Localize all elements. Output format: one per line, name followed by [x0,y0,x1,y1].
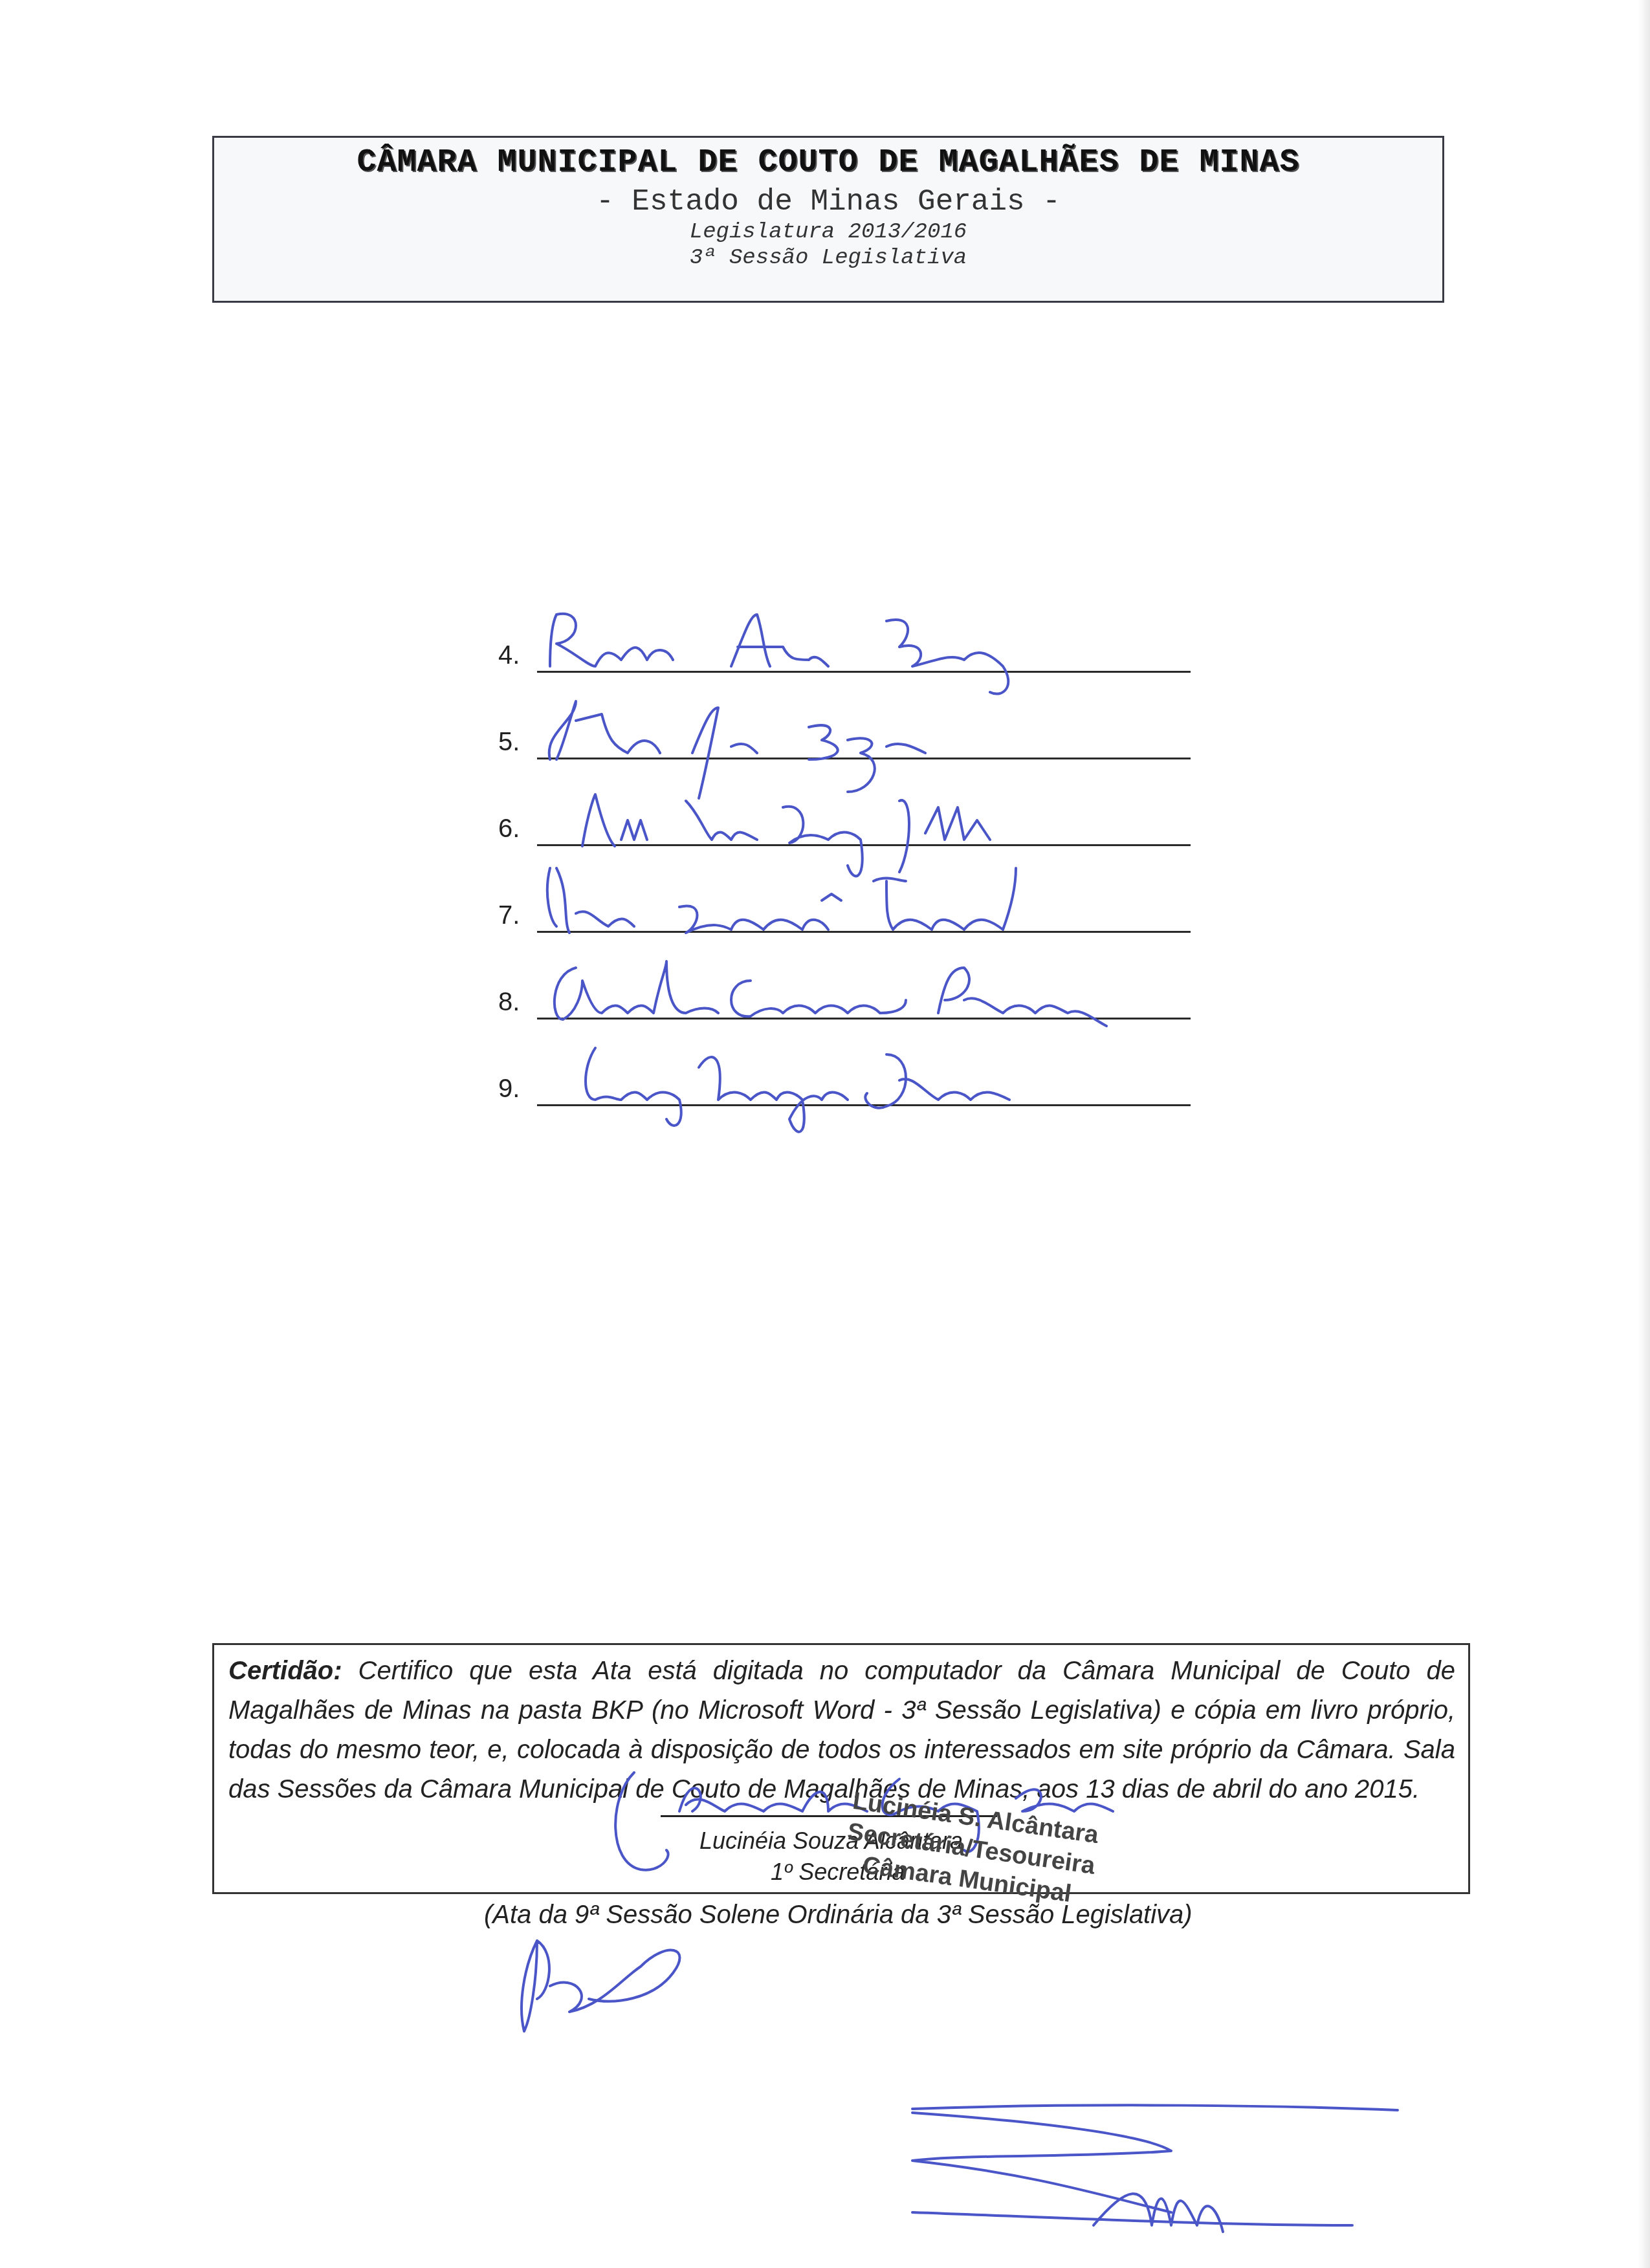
signature-row: 5. [498,695,1191,759]
signature-number: 6. [498,814,520,844]
header-title: CÂMARA MUNICIPAL DE COUTO DE MAGALHÃES D… [214,144,1442,181]
signature-row: 7. [498,868,1191,933]
certidao-label: Certidão: [228,1657,342,1685]
footer-handwritten-signature-icon [899,2096,1417,2245]
signature-number: 5. [498,728,520,757]
signature-row: 6. [498,781,1191,846]
signature-number: 9. [498,1074,520,1104]
signature-row: 4. [498,608,1191,673]
header-session: 3ª Sessão Legislativa [214,246,1442,270]
header-state: - Estado de Minas Gerais - [214,185,1442,219]
signature-number: 8. [498,988,520,1017]
signature-number: 4. [498,641,520,670]
signature-row: 9. [498,1041,1191,1106]
page-edge [1638,0,1650,2268]
ata-caption: (Ata da 9ª Sessão Solene Ordinária da 3ª… [484,1901,1193,1930]
document-header: CÂMARA MUNICIPAL DE COUTO DE MAGALHÃES D… [212,136,1444,303]
header-legislature: Legislatura 2013/2016 [214,220,1442,245]
initials-signature-icon [511,1928,705,2044]
handwritten-signature-icon [537,1029,1184,1126]
handwritten-signature-icon [537,595,1184,692]
handwritten-signature-icon [537,855,1184,952]
signature-row: 8. [498,955,1191,1020]
handwritten-signature-icon [537,682,1184,779]
handwritten-signature-icon [537,942,1184,1039]
handwritten-signature-icon [537,769,1184,866]
signature-number: 7. [498,901,520,930]
